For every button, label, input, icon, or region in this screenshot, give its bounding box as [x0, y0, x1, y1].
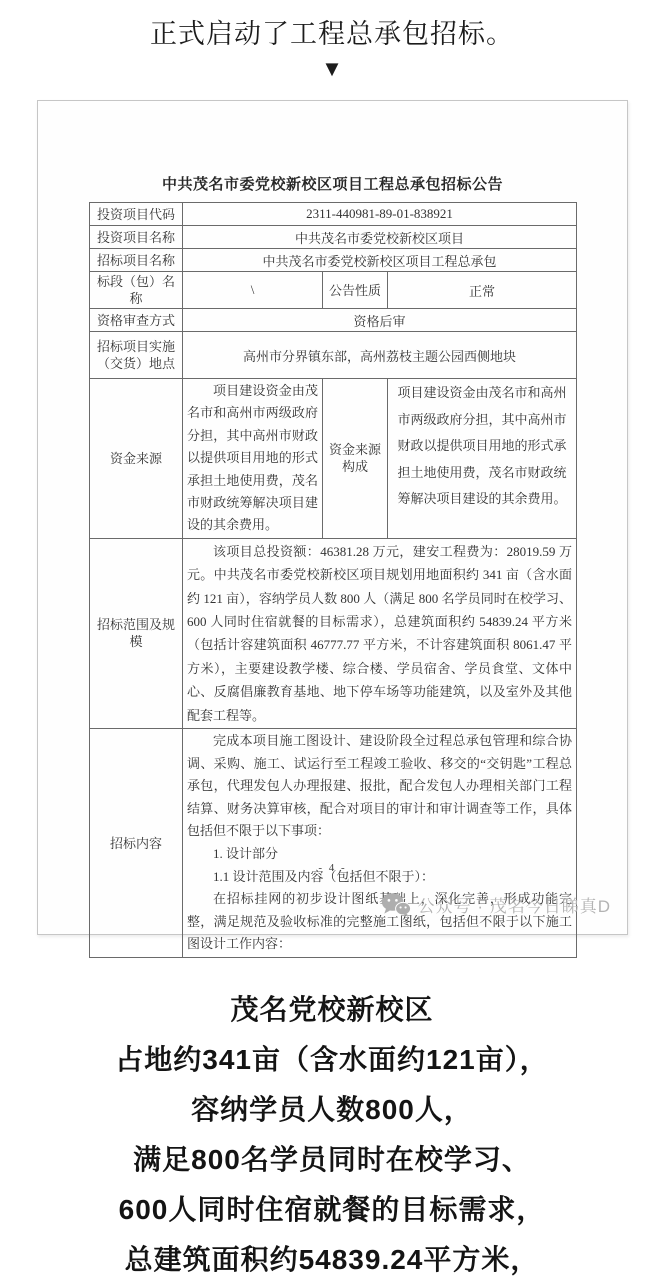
table-row: 资格审查方式 资格后审	[90, 309, 577, 332]
row-label: 招标范围及规模	[90, 538, 183, 728]
summary-line: 茂名党校新校区	[0, 985, 664, 1035]
summary-line: 占地约341亩（含水面约121亩），	[0, 1035, 664, 1085]
table-row: 投资项目代码 2311-440981-89-01-838921	[90, 203, 577, 226]
row-label: 投资项目代码	[90, 203, 183, 226]
row-value: 2311-440981-89-01-838921	[183, 203, 577, 226]
summary-line: 总建筑面积约54839.24平方米，	[0, 1235, 664, 1280]
row-label: 招标内容	[90, 729, 183, 958]
row-label: 公告性质	[323, 272, 388, 309]
row-value: \	[183, 272, 323, 309]
table-row: 投资项目名称 中共茂名市委党校新校区项目	[90, 226, 577, 249]
table-row: 资金来源 项目建设资金由茂名市和高州市两级政府分担，其中高州市财政以提供项目用地…	[90, 379, 577, 539]
table-row: 招标内容 完成本项目施工图设计、建设阶段全过程总承包管理和综合协调、采购、施工、…	[90, 729, 577, 958]
row-value: 该项目总投资额：46381.28 万元，建安工程费为：28019.59 万元。中…	[183, 538, 577, 728]
info-table: 投资项目代码 2311-440981-89-01-838921 投资项目名称 中…	[89, 202, 577, 958]
row-value: 中共茂名市委党校新校区项目工程总承包	[183, 249, 577, 272]
down-arrow-icon: ▼	[0, 56, 664, 82]
row-value: 中共茂名市委党校新校区项目	[183, 226, 577, 249]
table-row: 标段（包）名称 \ 公告性质 正常	[90, 272, 577, 309]
row-label: 资金来源	[90, 379, 183, 539]
page-number: - 4 -	[38, 862, 627, 874]
summary-line: 容纳学员人数800人，	[0, 1085, 664, 1135]
announcement-title: 中共茂名市委党校新校区项目工程总承包招标公告	[38, 173, 627, 194]
summary-text: 茂名党校新校区 占地约341亩（含水面约121亩）， 容纳学员人数800人， 满…	[0, 985, 664, 1280]
headline-text: 正式启动了工程总承包招标。	[0, 12, 664, 51]
row-label: 标段（包）名称	[90, 272, 183, 309]
table-row: 招标项目实施（交货）地点 高州市分界镇东部，高州荔枝主题公园西侧地块	[90, 332, 577, 379]
row-label: 招标项目实施（交货）地点	[90, 332, 183, 379]
summary-line: 600人同时住宿就餐的目标需求，	[0, 1185, 664, 1235]
table-row: 招标项目名称 中共茂名市委党校新校区项目工程总承包	[90, 249, 577, 272]
wechat-icon	[381, 892, 411, 917]
row-value: 正常	[388, 272, 577, 309]
row-value: 高州市分界镇东部，高州荔枝主题公园西侧地块	[183, 332, 577, 379]
row-label: 投资项目名称	[90, 226, 183, 249]
row-value: 项目建设资金由茂名市和高州市两级政府分担，其中高州市财政以提供项目用地的形式承担…	[183, 379, 323, 539]
row-value: 项目建设资金由茂名市和高州市两级政府分担，其中高州市财政以提供项目用地的形式承担…	[388, 379, 577, 539]
summary-line: 满足800名学员同时在校学习、	[0, 1135, 664, 1185]
account-watermark: 公众号 · 茂名今日睇真D	[381, 892, 611, 917]
row-label: 招标项目名称	[90, 249, 183, 272]
row-label: 资格审查方式	[90, 309, 183, 332]
table-row: 招标范围及规模 该项目总投资额：46381.28 万元，建安工程费为：28019…	[90, 538, 577, 728]
row-label: 资金来源构成	[323, 379, 388, 539]
row-value: 完成本项目施工图设计、建设阶段全过程总承包管理和综合协调、采购、施工、试运行至工…	[183, 729, 577, 958]
row-value: 资格后审	[183, 309, 577, 332]
announcement-image[interactable]: 中共茂名市委党校新校区项目工程总承包招标公告 投资项目代码 2311-44098…	[37, 100, 628, 935]
watermark-text: 公众号 · 茂名今日睇真D	[418, 892, 611, 917]
